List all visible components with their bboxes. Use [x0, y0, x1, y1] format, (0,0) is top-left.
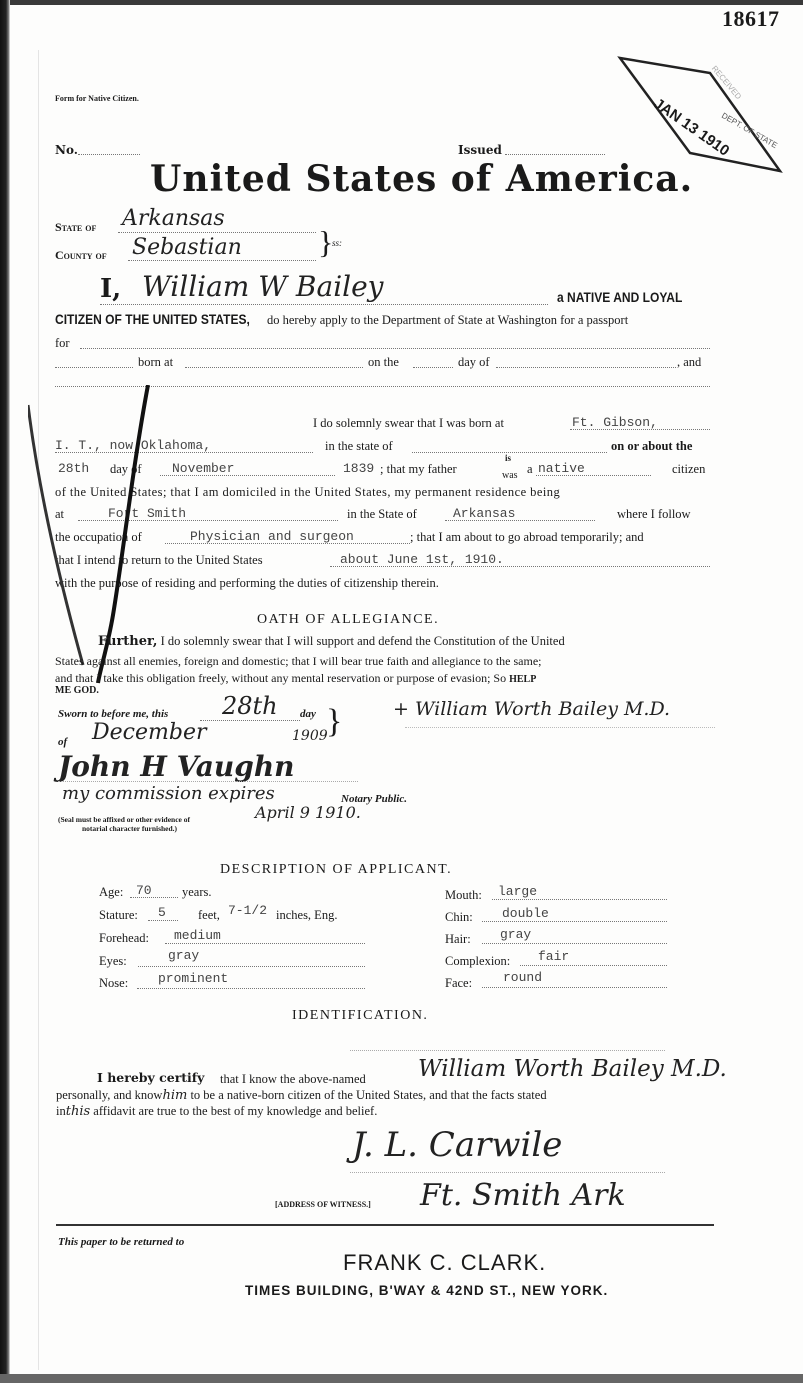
in-state-of-label: in the State of: [347, 507, 417, 522]
was-label: was: [502, 470, 518, 481]
on-or-about-text: on or about the: [611, 439, 692, 453]
swear-text: I do solemnly swear that I was born at: [313, 416, 504, 431]
apply-text: do hereby apply to the Department of Sta…: [267, 313, 628, 327]
and-label: , and: [677, 355, 701, 370]
oath-line-2: States against all enemies, foreign and …: [55, 654, 542, 669]
address-label: [ADDRESS OF WITNESS.]: [275, 1200, 371, 1209]
named-person: William Worth Bailey M.D.: [418, 1056, 727, 1082]
for-label: for: [55, 336, 70, 351]
witness-signature: J. L. Carwile: [352, 1125, 562, 1165]
nose-line: [137, 988, 365, 989]
feet-label: feet,: [198, 908, 220, 923]
issued-field-line: [505, 154, 605, 155]
follow-label: where I follow: [617, 507, 691, 522]
county-line: [128, 260, 316, 261]
native-loyal-text: a NATIVE AND LOYAL: [557, 289, 682, 305]
day-of-label: day of: [458, 355, 490, 370]
father-status: native: [538, 461, 585, 476]
seal-note-2: notarial character furnished.): [82, 824, 177, 833]
oath-text-1: I do solemnly swear that I will support …: [161, 634, 565, 648]
witness-address: Ft. Smith Ark: [420, 1178, 626, 1213]
description-heading: DESCRIPTION OF APPLICANT.: [220, 862, 452, 878]
notary-signature-line: [58, 781, 358, 782]
ss-label: ss:: [332, 238, 342, 248]
residence-state-line: [445, 520, 595, 521]
identification-top-line: [350, 1050, 665, 1051]
footer-divider: [56, 1224, 714, 1226]
return-note: This paper to be returned to: [58, 1236, 184, 1248]
hair-line: [482, 943, 667, 944]
sworn-brace: }: [326, 700, 342, 744]
commission-date: April 9 1910.: [255, 803, 361, 822]
applicant-signature-line: [405, 727, 715, 728]
chin-label: Chin:: [445, 910, 473, 925]
native-loyal-label: a NATIVE AND LOYAL: [557, 289, 703, 307]
commission-note: my commission expires: [62, 783, 275, 804]
him-handwritten: him: [162, 1088, 187, 1103]
citizen-caps: CITIZEN OF THE UNITED STATES,: [55, 311, 237, 327]
identification-line-3: inthis affidavit are true to the best of…: [56, 1104, 377, 1119]
form-type-label: Form for Native Citizen.: [55, 94, 139, 103]
on-the-line: [413, 367, 453, 368]
mouth-label: Mouth:: [445, 888, 482, 903]
oath-line-3: and that I take this obligation freely, …: [55, 671, 536, 686]
oath-line-1: Further, I do solemnly swear that I will…: [55, 634, 715, 649]
complexion-line: [520, 965, 667, 966]
in-state-label: in the state of: [325, 439, 393, 454]
birth-year: 1839: [343, 461, 374, 476]
face-line: [482, 987, 667, 988]
a-label: a: [527, 462, 533, 477]
eyes-label: Eyes:: [99, 954, 127, 969]
father-status-line: [536, 475, 651, 476]
residence-state: Arkansas: [453, 506, 515, 521]
oath-heading: OATH OF ALLEGIANCE.: [257, 612, 439, 628]
this-handwritten: this: [66, 1104, 90, 1119]
county-label: County of: [55, 248, 107, 263]
scan-edge-bottom: [0, 1374, 803, 1383]
complexion-label: Complexion:: [445, 954, 510, 969]
seal-note-1: (Seal must be affixed or other evidence …: [58, 815, 190, 824]
state-label: State of: [55, 220, 96, 235]
born-at-label: born at: [138, 355, 173, 370]
eyes-line: [138, 966, 365, 967]
complexion-value: fair: [538, 949, 569, 964]
age-label: Age:: [99, 885, 123, 900]
father-text: ; that my father: [380, 462, 457, 477]
stature-inches: 7-1/2: [228, 903, 267, 918]
sworn-year: 1909: [292, 728, 328, 744]
for-line: [80, 348, 710, 349]
birth-month-line: [160, 475, 335, 476]
apply-line: CITIZEN OF THE UNITED STATES,do hereby a…: [55, 311, 628, 328]
birth-month: November: [172, 461, 234, 476]
face-value: round: [503, 970, 542, 985]
hair-value: gray: [500, 927, 531, 942]
age-suffix: years.: [182, 885, 212, 900]
of-label: of: [58, 736, 67, 748]
scan-edge-left: [0, 0, 10, 1383]
hair-label: Hair:: [445, 932, 471, 947]
stature-feet: 5: [158, 905, 166, 920]
form-margin-rule: [38, 50, 39, 1370]
nose-label: Nose:: [99, 976, 128, 991]
serial-number: 18617: [722, 6, 780, 32]
day-label: day: [300, 708, 316, 720]
chin-value: double: [502, 906, 549, 921]
identification-heading: IDENTIFICATION.: [292, 1008, 428, 1024]
day-of-line: [496, 367, 676, 368]
is-label: is: [505, 453, 511, 463]
mouth-line: [492, 899, 667, 900]
document-title: United States of America.: [150, 158, 693, 200]
return-date: about June 1st, 1910.: [340, 552, 504, 567]
return-line: [330, 566, 710, 567]
stature-label: Stature:: [99, 908, 138, 923]
mouth-value: large: [498, 884, 537, 899]
scan-edge-top: [0, 0, 803, 5]
name-line: [100, 304, 548, 305]
stature-feet-line: [148, 920, 178, 921]
occupation-value: Physician and surgeon: [190, 529, 354, 544]
chin-line: [482, 921, 667, 922]
id-text-3a: in: [56, 1104, 66, 1118]
forehead-value: medium: [174, 928, 221, 943]
help-label: HELP: [509, 674, 536, 685]
eyes-value: gray: [168, 948, 199, 963]
certify-label: I hereby certify: [97, 1070, 204, 1085]
no-label: No.: [55, 143, 78, 157]
age-value: 70: [136, 883, 152, 898]
forehead-label: Forehead:: [99, 931, 149, 946]
no-field-line: [78, 154, 140, 155]
company-name: FRANK C. CLARK.: [343, 1250, 546, 1276]
citizen-label: citizen: [672, 462, 705, 477]
abroad-text: ; that I am about to go abroad temporari…: [410, 530, 644, 545]
id-text-2b: to be a native-born citizen of the Unite…: [190, 1088, 546, 1102]
age-line: [130, 897, 178, 898]
identification-line-2: personally, and knowhim to be a native-b…: [56, 1088, 547, 1103]
id-text-2a: personally, and know: [56, 1088, 162, 1102]
i-prefix: I,: [100, 274, 121, 304]
applicant-signature: + William Worth Bailey M.D.: [393, 698, 670, 720]
inches-label: inches, Eng.: [276, 908, 337, 923]
id-text-3b: affidavit are true to the best of my kno…: [93, 1104, 377, 1118]
sworn-label: Sworn to before me, this: [58, 708, 168, 720]
state-line: [118, 232, 316, 233]
county-value: Sebastian: [132, 235, 242, 260]
forehead-line: [165, 943, 365, 944]
oath-text-3: and that I take this obligation freely, …: [55, 671, 506, 685]
born-place-1: Ft. Gibson,: [572, 415, 658, 430]
on-or-about-label: on or about the: [611, 439, 692, 454]
me-god-label: ME GOD.: [55, 685, 99, 696]
passport-application-page: 18617 RECEIVED JAN 13 1910 DEPT. OF STAT…: [0, 0, 803, 1383]
sworn-day-line: [200, 720, 300, 721]
on-the-label: on the: [368, 355, 399, 370]
know-text: that I know the above-named: [220, 1072, 366, 1087]
state-value: Arkansas: [122, 206, 225, 231]
applicant-name: William W Bailey: [142, 270, 384, 303]
born-at-line: [185, 367, 363, 368]
notary-signature: John H Vaughn: [58, 750, 295, 783]
sworn-month: December: [92, 720, 206, 745]
further-label: Further,: [98, 634, 157, 649]
born-prefix-line: [55, 367, 133, 368]
occupation-line: [165, 543, 410, 544]
issued-label: Issued: [458, 143, 502, 157]
company-address: TIMES BUILDING, B'WAY & 42ND ST., NEW YO…: [245, 1283, 608, 1298]
nose-value: prominent: [158, 971, 228, 986]
face-label: Face:: [445, 976, 472, 991]
sworn-day: 28th: [222, 692, 278, 720]
witness-signature-line: [350, 1172, 665, 1173]
born-place-line-1: [570, 429, 710, 430]
